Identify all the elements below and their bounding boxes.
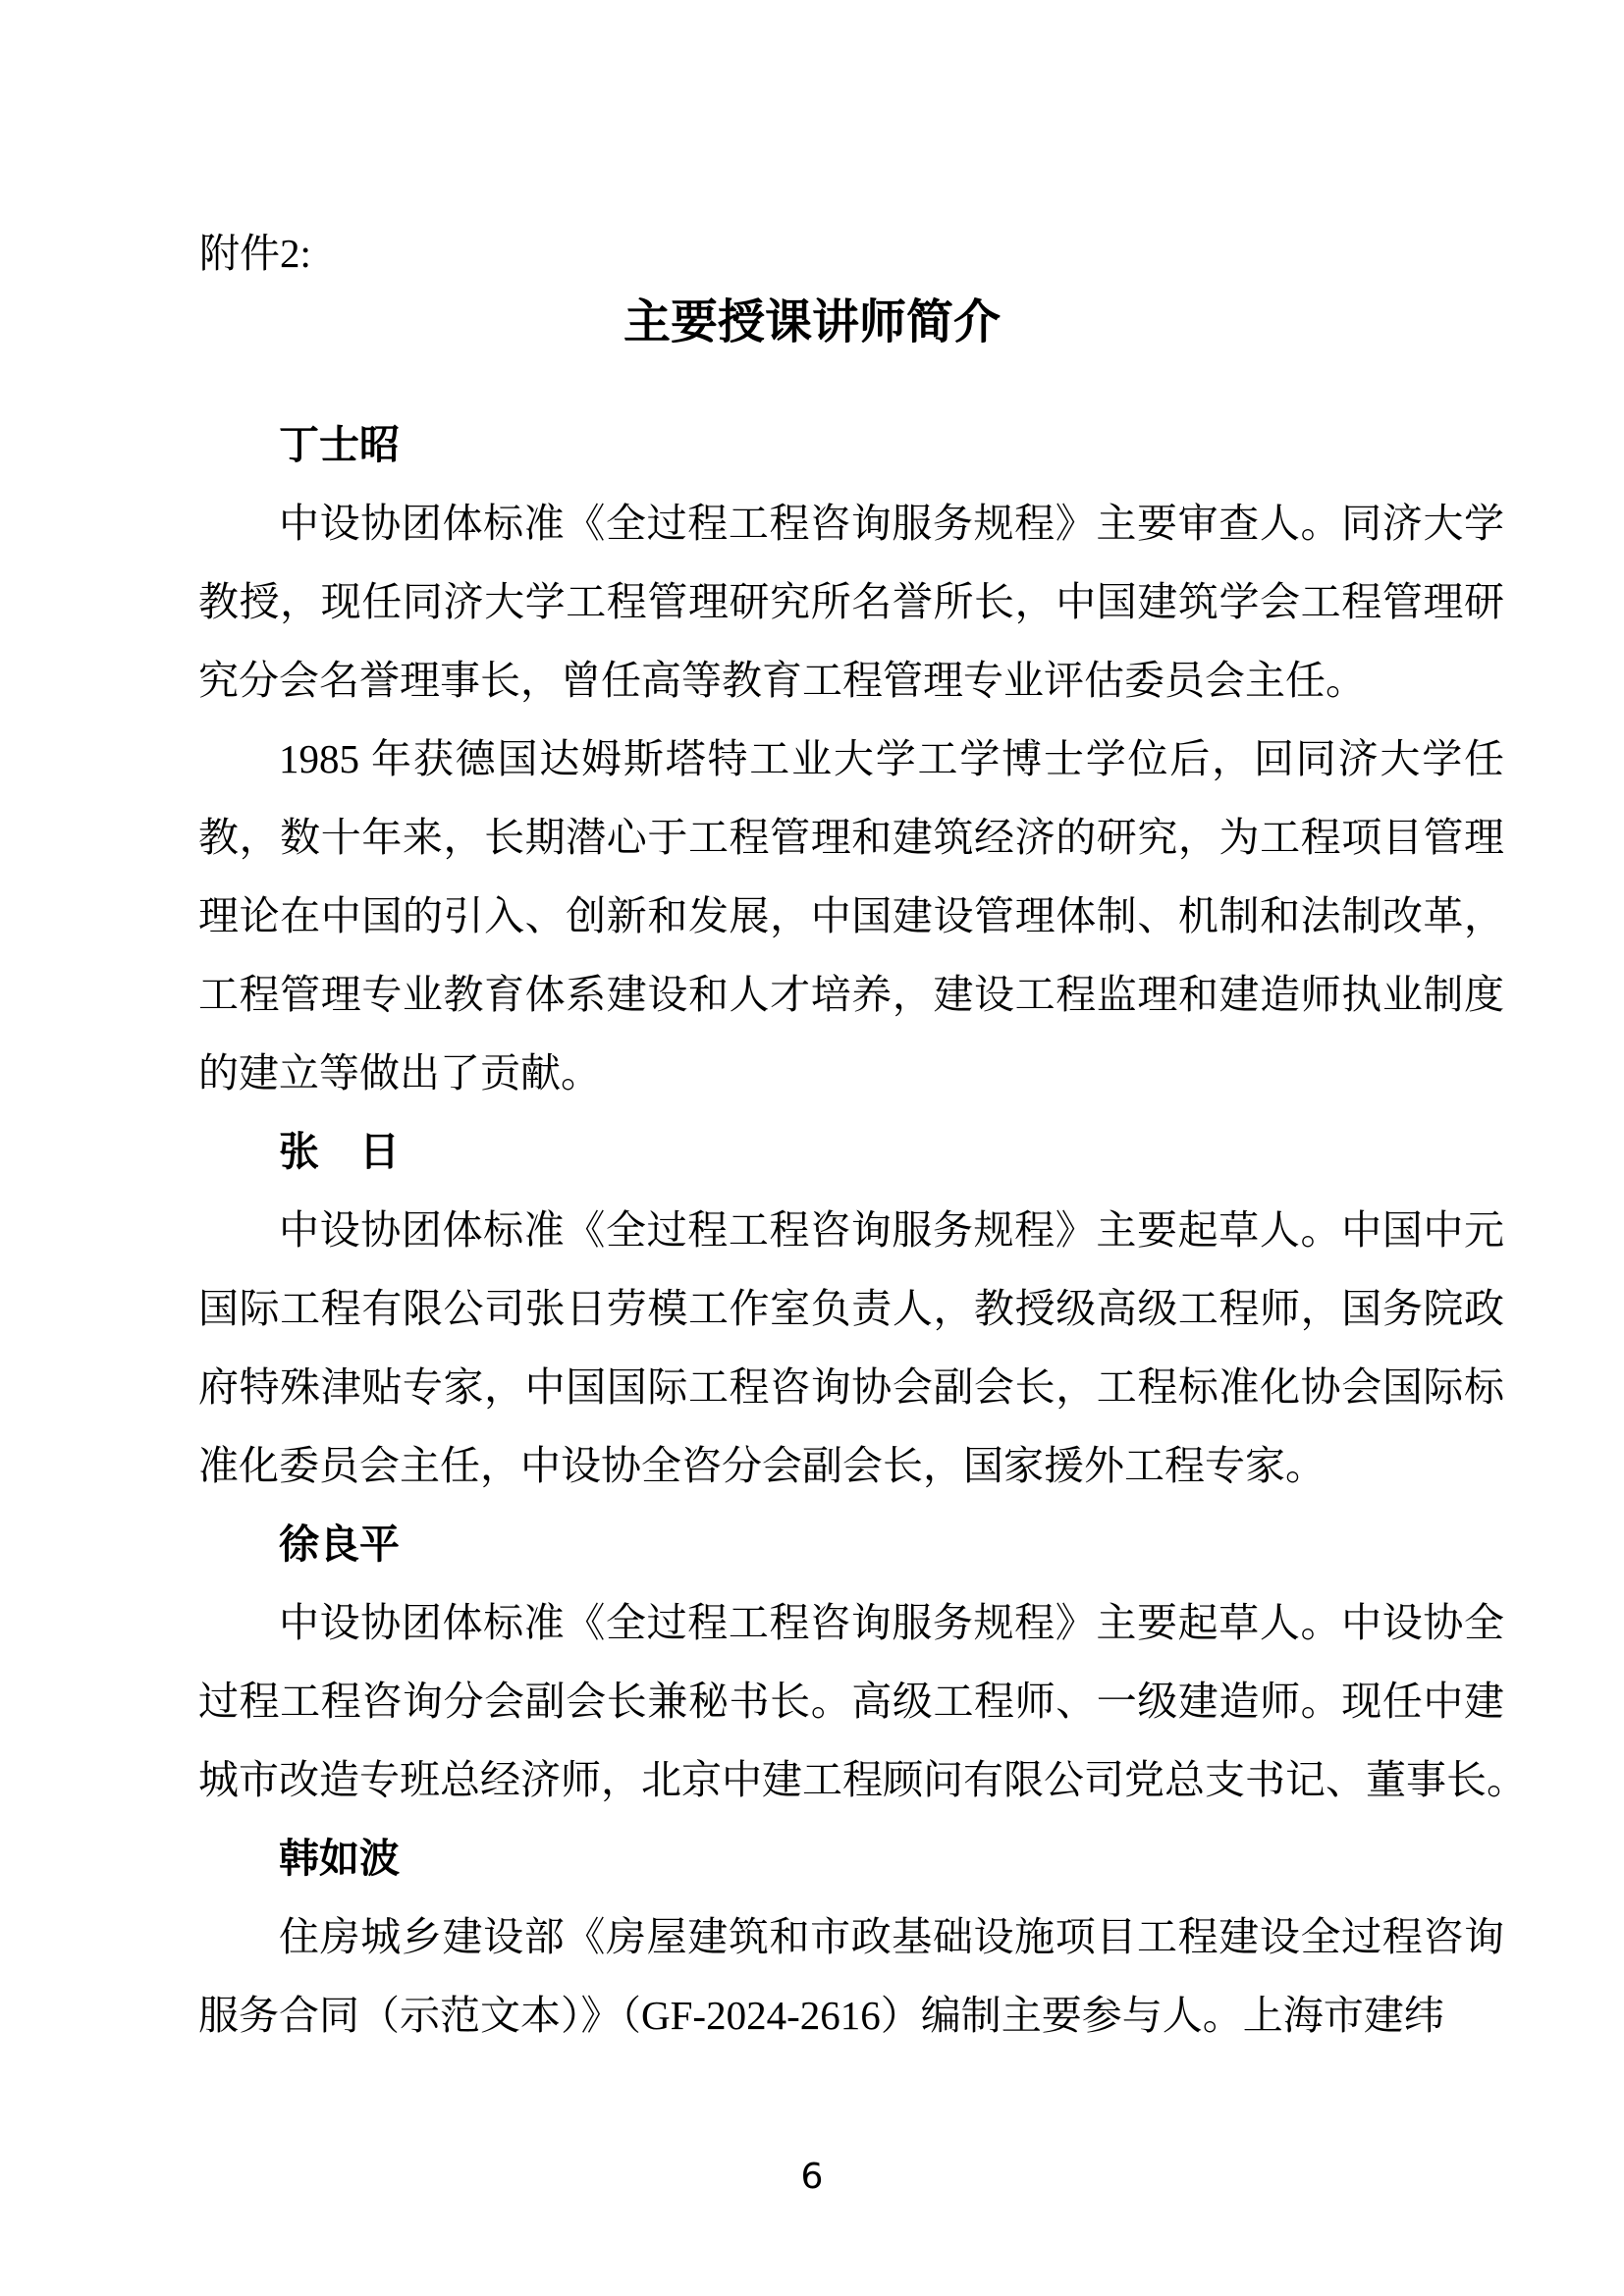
paragraph-line: 1985 年获德国达姆斯塔特工业大学工学博士学位后，回同济大学任 [198,720,1504,798]
paragraph-line: 过程工程咨询分会副会长兼秘书长。高级工程师、一级建造师。现任中建 [198,1662,1504,1740]
lecturer-name: 韩如波 [198,1819,1504,1897]
paragraph-line: 住房城乡建设部《房屋建筑和市政基础设施项目工程建设全过程咨询 [198,1897,1504,1976]
attachment-label: 附件2: [199,224,311,283]
paragraph-line: 国际工程有限公司张日劳模工作室负责人，教授级高级工程师，国务院政 [198,1269,1504,1348]
page-number: 6 [0,2156,1624,2199]
paragraph-line: 究分会名誉理事长，曾任高等教育工程管理专业评估委员会主任。 [198,641,1504,720]
bio-paragraph: 住房城乡建设部《房屋建筑和市政基础设施项目工程建设全过程咨询服务合同（示范文本）… [198,1897,1504,2055]
bio-paragraph: 中设协团体标准《全过程工程咨询服务规程》主要审查人。同济大学教授，现任同济大学工… [198,484,1504,720]
lecturer-section: 丁士昭中设协团体标准《全过程工程咨询服务规程》主要审查人。同济大学教授，现任同济… [198,405,1504,1112]
bio-paragraph: 1985 年获德国达姆斯塔特工业大学工学博士学位后，回同济大学任教，数十年来，长… [198,720,1504,1112]
document-body: 丁士昭中设协团体标准《全过程工程咨询服务规程》主要审查人。同济大学教授，现任同济… [198,405,1504,2055]
lecturer-name: 张 日 [198,1112,1504,1191]
lecturer-section: 张 日中设协团体标准《全过程工程咨询服务规程》主要起草人。中国中元国际工程有限公… [198,1112,1504,1505]
page-title: 主要授课讲师简介 [0,291,1624,355]
lecturer-section: 韩如波住房城乡建设部《房屋建筑和市政基础设施项目工程建设全过程咨询服务合同（示范… [198,1819,1504,2055]
lecturer-name: 徐良平 [198,1505,1504,1583]
paragraph-line: 教，数十年来，长期潜心于工程管理和建筑经济的研究，为工程项目管理 [198,798,1504,877]
lecturer-name: 丁士昭 [198,405,1504,484]
lecturer-section: 徐良平中设协团体标准《全过程工程咨询服务规程》主要起草人。中设协全过程工程咨询分… [198,1505,1504,1819]
paragraph-line: 府特殊津贴专家，中国国际工程咨询协会副会长，工程标准化协会国际标 [198,1348,1504,1426]
paragraph-line: 工程管理专业教育体系建设和人才培养，建设工程监理和建造师执业制度 [198,955,1504,1034]
paragraph-line: 中设协团体标准《全过程工程咨询服务规程》主要审查人。同济大学 [198,484,1504,562]
document-page: 附件2: 主要授课讲师简介 丁士昭中设协团体标准《全过程工程咨询服务规程》主要审… [0,0,1624,2296]
bio-paragraph: 中设协团体标准《全过程工程咨询服务规程》主要起草人。中设协全过程工程咨询分会副会… [198,1583,1504,1819]
paragraph-line: 教授，现任同济大学工程管理研究所名誉所长，中国建筑学会工程管理研 [198,562,1504,641]
paragraph-line: 中设协团体标准《全过程工程咨询服务规程》主要起草人。中国中元 [198,1191,1504,1269]
paragraph-line: 的建立等做出了贡献。 [198,1034,1504,1112]
paragraph-line: 理论在中国的引入、创新和发展，中国建设管理体制、机制和法制改革， [198,877,1504,955]
paragraph-line: 城市改造专班总经济师，北京中建工程顾问有限公司党总支书记、董事长。 [198,1740,1504,1819]
paragraph-line: 准化委员会主任，中设协全咨分会副会长，国家援外工程专家。 [198,1426,1504,1505]
paragraph-line: 服务合同（示范文本）》（GF-2024-2616）编制主要参与人。上海市建纬 [198,1976,1504,2055]
paragraph-line: 中设协团体标准《全过程工程咨询服务规程》主要起草人。中设协全 [198,1583,1504,1662]
bio-paragraph: 中设协团体标准《全过程工程咨询服务规程》主要起草人。中国中元国际工程有限公司张日… [198,1191,1504,1505]
